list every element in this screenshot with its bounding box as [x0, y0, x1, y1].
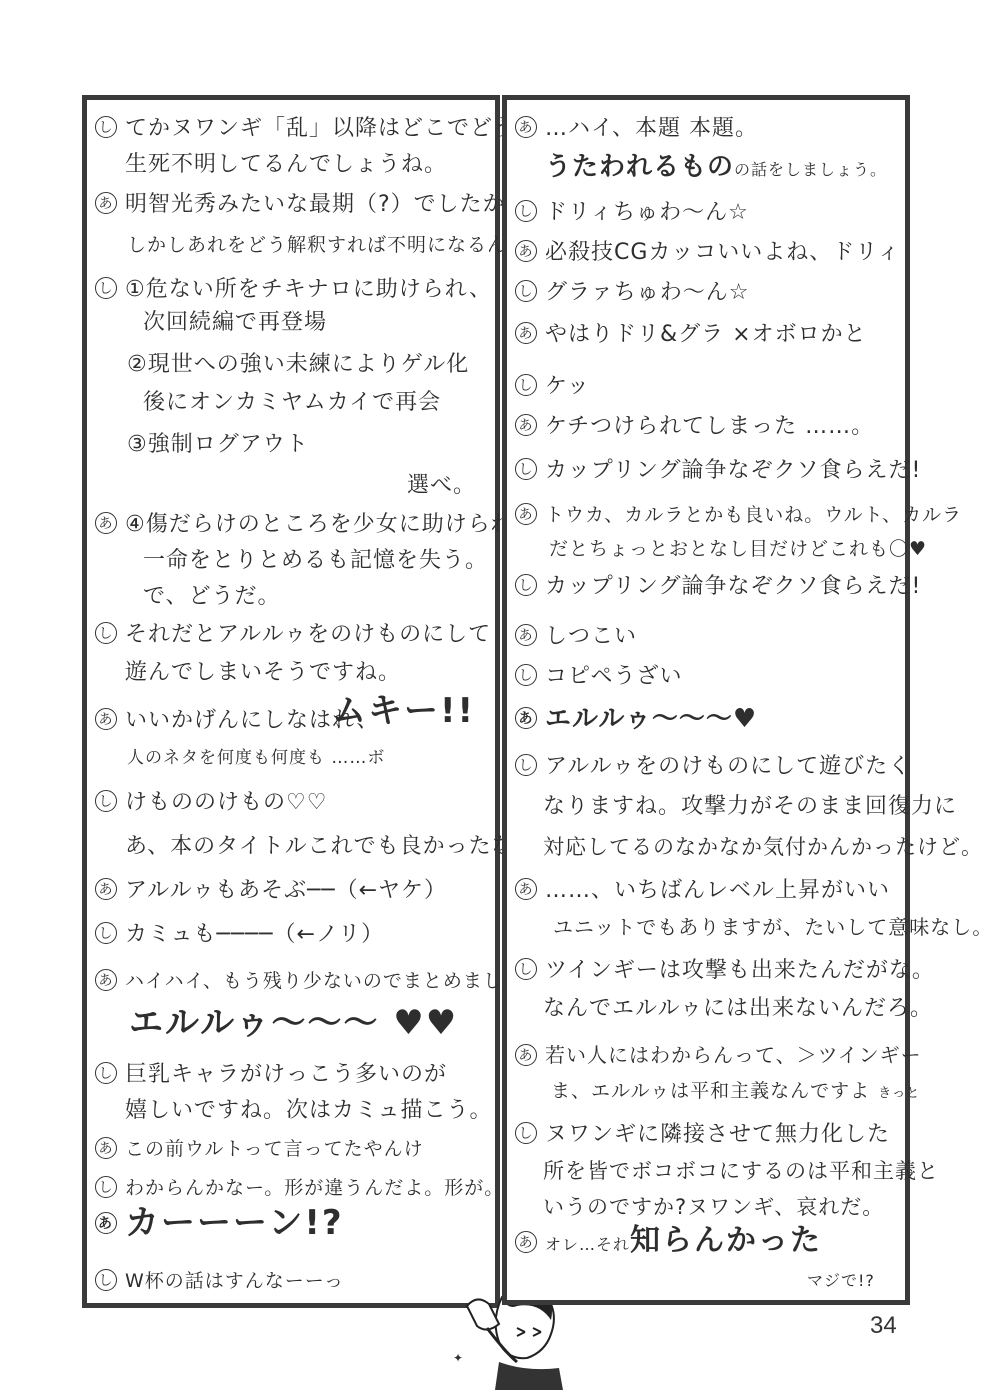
- dialogue-line: なんでエルルゥには出来ないんだろ。: [543, 996, 933, 1022]
- dialogue-line: あ、本のタイトルこれでも良かったな。: [125, 834, 538, 860]
- dialogue-line: 遊んでしまいそうですね。: [125, 660, 401, 686]
- dialogue-line: あ…ハイ、本題 本題。: [515, 116, 758, 142]
- dialogue-line: あトウカ、カルラとかも良いね。ウルト、カルラ: [515, 502, 962, 528]
- dialogue-line: あオレ…それ知らんかった: [515, 1228, 822, 1258]
- dialogue-line: マジで!?: [807, 1268, 875, 1294]
- dialogue-line: あ若い人にはわからんって、＞ツインギー: [515, 1042, 922, 1068]
- speaker-badge-shi: し: [95, 1176, 117, 1198]
- dialogue-line: あこの前ウルトって言ってたやんけ: [95, 1136, 424, 1162]
- dialogue-line: あエルルゥ〜〜〜♥: [515, 706, 757, 732]
- exclamation-text: ムキー!!: [332, 698, 475, 724]
- dialogue-line: あ……、いちばんレベル上昇がいい: [515, 878, 890, 904]
- dialogue-line: しグラァちゅわ〜ん☆: [515, 280, 750, 306]
- left-dialogue-panel: してかヌワンギ「乱」以降はどこでどう 生死不明してるんでしょうね。 あ明智光秀み…: [82, 95, 500, 1308]
- dialogue-line: しカップリング論争なぞクソ食らえだ!: [515, 458, 921, 484]
- dialogue-line: ユニットでもありますが、たいして意味なし。: [553, 914, 993, 940]
- speaker-badge-a: あ: [515, 1044, 537, 1066]
- dialogue-line: し巨乳キャラがけっこう多いのが: [95, 1062, 447, 1088]
- speaker-badge-a: あ: [95, 1212, 117, 1234]
- dialogue-line: で、どうだ。: [143, 584, 281, 610]
- speaker-badge-a: あ: [515, 707, 537, 729]
- exclamation-text: あカーーーン!?: [95, 1210, 344, 1236]
- exclamation-text: エルルゥ〜〜〜 ♥♥: [129, 1010, 458, 1036]
- speaker-badge-shi: し: [95, 1062, 117, 1084]
- speaker-badge-a: あ: [515, 878, 537, 900]
- speaker-badge-a: あ: [95, 192, 117, 214]
- dialogue-line: あしつこい: [515, 624, 637, 650]
- speaker-badge-shi: し: [95, 922, 117, 944]
- aside-note: きっと: [878, 1086, 920, 1101]
- speaker-badge-a: あ: [95, 878, 117, 900]
- dialogue-line: だとちょっとおとなし目だけどこれも〇♥: [549, 536, 927, 562]
- speaker-badge-a: あ: [95, 969, 117, 991]
- speaker-badge-shi: し: [95, 622, 117, 644]
- dialogue-line: あケチつけられてしまった ……。: [515, 414, 874, 440]
- page-number: 34: [870, 1312, 897, 1340]
- speaker-badge-shi: し: [515, 1122, 537, 1144]
- dialogue-line: いうのですか?ヌワンギ、哀れだ。: [543, 1194, 884, 1220]
- speaker-badge-a: あ: [95, 708, 117, 730]
- dialogue-line: 所を皆でボコボコにするのは平和主義と: [543, 1158, 939, 1184]
- speaker-badge-shi: し: [515, 958, 537, 980]
- svg-text:✦: ✦: [453, 1351, 463, 1365]
- dialogue-line: しけもののけもの♡♡: [95, 790, 327, 816]
- dialogue-line: 対応してるのなかなか気付かんかったけど。: [543, 834, 983, 860]
- dialogue-line: 人のネタを何度も何度も ……ボ: [127, 745, 385, 771]
- dialogue-line: 一命をとりとめるも記憶を失う。: [143, 548, 488, 574]
- dialogue-line: 選べ。: [407, 473, 476, 499]
- dialogue-line: あハイハイ、もう残り少ないのでまとめましょ: [95, 968, 523, 994]
- speaker-badge-shi: し: [95, 277, 117, 299]
- dialogue-line: 次回続編で再登場: [143, 310, 327, 336]
- dialogue-line: しカップリング論争なぞクソ食らえだ!: [515, 574, 921, 600]
- speaker-badge-shi: し: [515, 574, 537, 596]
- dialogue-line: してかヌワンギ「乱」以降はどこでどう: [95, 116, 516, 142]
- speaker-badge-shi: し: [515, 200, 537, 222]
- dialogue-line: しドリィちゅわ〜ん☆: [515, 200, 749, 226]
- dialogue-line: しアルルゥをのけものにして遊びたく: [515, 754, 911, 780]
- speaker-badge-a: あ: [515, 322, 537, 344]
- speaker-badge-shi: し: [95, 116, 117, 138]
- game-title: うたわれるもの: [545, 152, 734, 182]
- dialogue-line: しそれだとアルルゥをのけものにして: [95, 622, 491, 648]
- speaker-badge-shi: し: [515, 664, 537, 686]
- dialogue-line: しW杯の話はすんなーーっ: [95, 1268, 344, 1294]
- speaker-badge-a: あ: [515, 1231, 537, 1253]
- speaker-badge-a: あ: [95, 1137, 117, 1159]
- speaker-badge-shi: し: [515, 458, 537, 480]
- speaker-badge-a: あ: [515, 503, 537, 525]
- dialogue-line: ③強制ログアウト: [127, 432, 309, 458]
- dialogue-line: しコピペうざい: [515, 664, 683, 690]
- speaker-badge-shi: し: [515, 280, 537, 302]
- dialogue-line: しケッ: [515, 374, 590, 400]
- dialogue-line: あ④傷だらけのところを少女に助けられ: [95, 512, 514, 538]
- dialogue-line: しカミュも────（←ノリ）: [95, 922, 384, 948]
- dialogue-line: あ必殺技CGカッコいいよね、ドリィ: [515, 240, 900, 266]
- dialogue-line: しわからんかなー。形が違うんだよ。形が。: [95, 1175, 504, 1201]
- speaker-badge-a: あ: [515, 116, 537, 138]
- dialogue-line: 生死不明してるんでしょうね。: [125, 152, 447, 178]
- dialogue-line: なりますね。攻撃力がそのまま回復力に: [543, 794, 957, 820]
- speaker-badge-shi: し: [515, 374, 537, 396]
- dialogue-line: あアルルゥもあそぶ──（←ヤケ）: [95, 878, 447, 904]
- emphasis-text: 知らんかった: [630, 1223, 822, 1258]
- speaker-badge-a: あ: [95, 512, 117, 534]
- dialogue-line: ②現世への強い未練によりゲル化: [127, 352, 469, 378]
- dialogue-line: 後にオンカミヤムカイで再会: [143, 390, 441, 416]
- speaker-badge-a: あ: [515, 240, 537, 262]
- speaker-badge-a: あ: [515, 624, 537, 646]
- speaker-badge-shi: し: [95, 1269, 117, 1291]
- speaker-badge-shi: し: [95, 790, 117, 812]
- dialogue-line: ま、エルルゥは平和主義なんですよきっと: [551, 1078, 920, 1107]
- dialogue-line: あやはりドリ&グラ ×オボロかと: [515, 322, 867, 348]
- speaker-badge-shi: し: [515, 754, 537, 776]
- dialogue-line: あ明智光秀みたいな最期（?）でしたから。: [95, 192, 552, 218]
- dialogue-line: しかしあれをどう解釈すれば不明になるんだ?: [127, 232, 538, 258]
- right-dialogue-panel: あ…ハイ、本題 本題。 うたわれるものの話をしましょう。 しドリィちゅわ〜ん☆ …: [502, 95, 910, 1305]
- speaker-badge-a: あ: [515, 414, 537, 436]
- dialogue-line: しヌワンギに隣接させて無力化した: [515, 1122, 890, 1148]
- dialogue-line: 嬉しいですね。次はカミュ描こう。: [125, 1098, 493, 1124]
- dialogue-line: し①危ない所をチキナロに助けられ、: [95, 277, 492, 303]
- dialogue-line: うたわれるものの話をしましょう。: [545, 154, 887, 183]
- dialogue-line: しツインギーは攻撃も出来たんだがな。: [515, 958, 935, 984]
